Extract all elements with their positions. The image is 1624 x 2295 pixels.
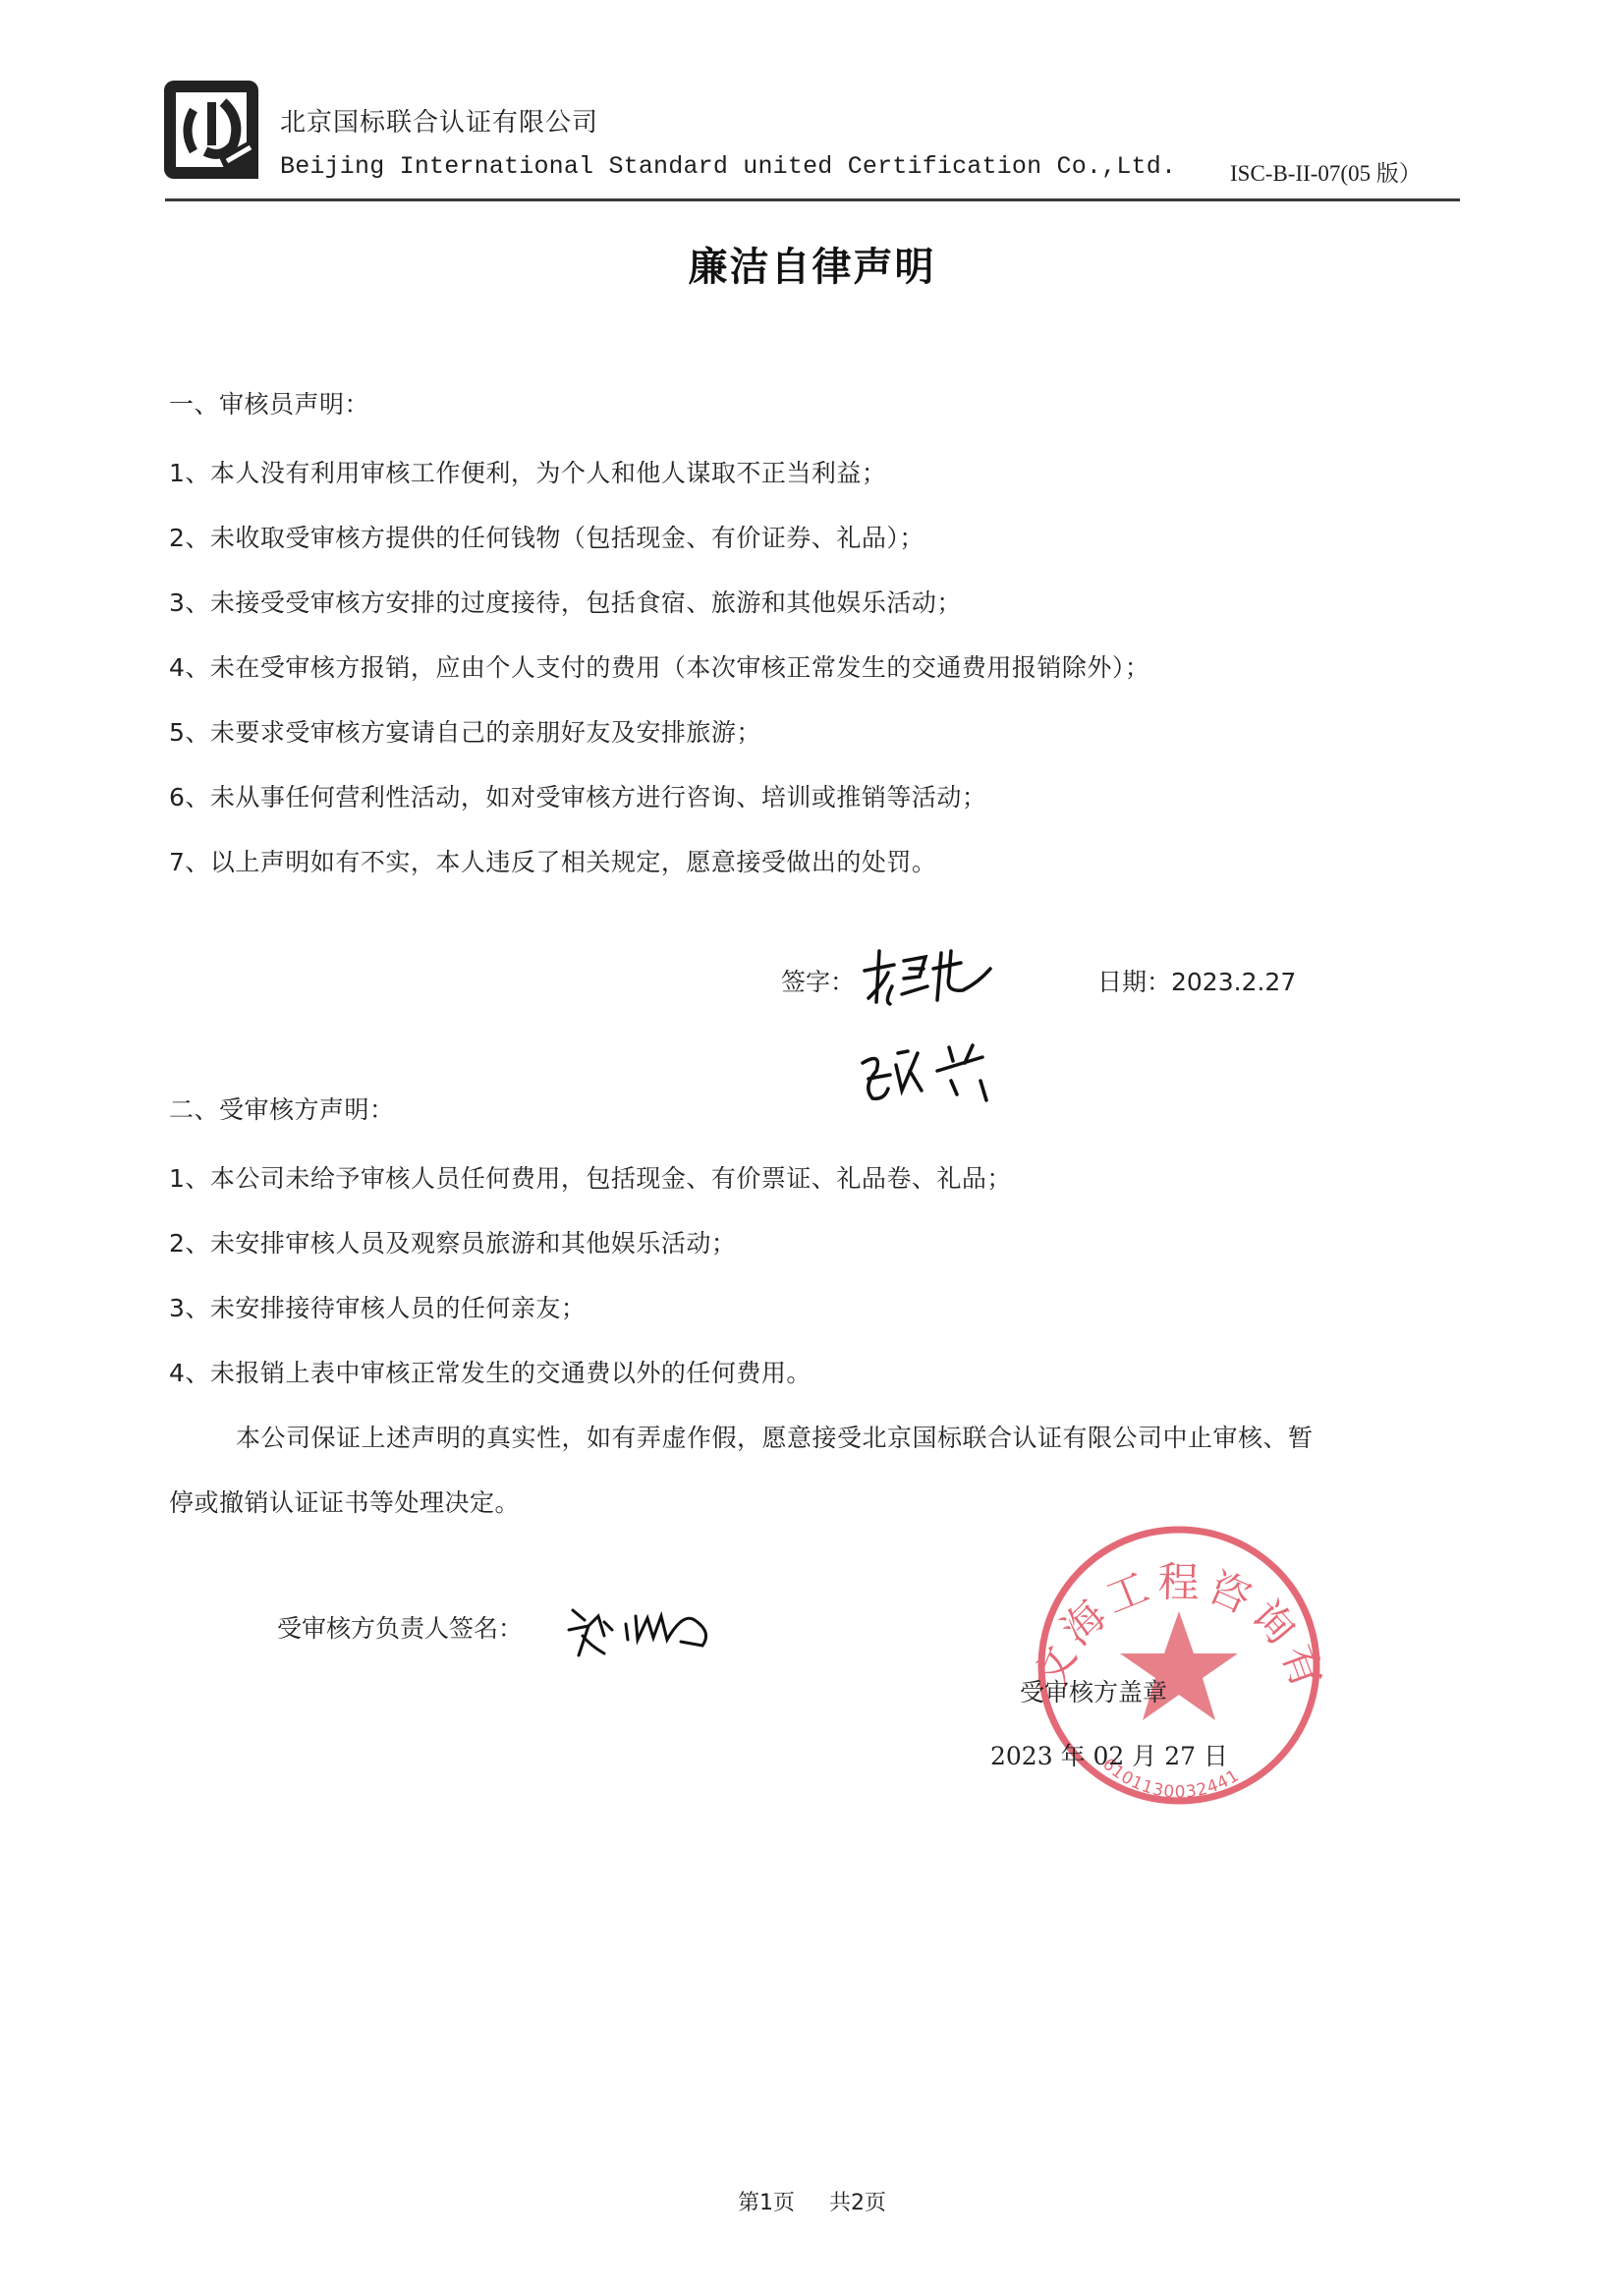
document-title: 廉洁自律声明 bbox=[0, 236, 1624, 292]
section1-item: 6、未从事任何营利性活动，如对受审核方进行咨询、培训或推销等活动； bbox=[169, 778, 986, 813]
handwritten-signature-2 bbox=[855, 1041, 1002, 1110]
section1-item: 1、本人没有利用审核工作便利，为个人和他人谋取不正当利益； bbox=[169, 454, 886, 489]
section1-item: 7、以上声明如有不实，本人违反了相关规定，愿意接受做出的处罚。 bbox=[169, 843, 936, 878]
section1-item: 5、未要求受审核方宴请自己的亲朋好友及安排旅游； bbox=[169, 713, 761, 749]
handwritten-signature-3 bbox=[565, 1596, 732, 1665]
document-code: ISC-B-II-07(05 版） bbox=[1230, 155, 1422, 188]
guarantee-text-line1: 本公司保证上述声明的真实性，如有弄虚作假，愿意接受北京国标联合认证有限公司中止审… bbox=[236, 1419, 1314, 1454]
page-footer: 第1页 共2页 bbox=[0, 2186, 1624, 2216]
guarantee-text-line2: 停或撤销认证证书等处理决定。 bbox=[169, 1483, 520, 1519]
page-total: 共2页 bbox=[829, 2191, 886, 2215]
sign-label: 签字： bbox=[781, 963, 855, 998]
section2-item: 2、未安排审核人员及观察员旅游和其他娱乐活动； bbox=[169, 1224, 736, 1259]
responsible-sign-label: 受审核方负责人签名： bbox=[277, 1609, 523, 1645]
section1-heading: 一、审核员声明： bbox=[169, 385, 369, 420]
page-number: 第1页 bbox=[738, 2191, 795, 2215]
handwritten-signature-1 bbox=[855, 943, 992, 1012]
section2-item: 3、未安排接待审核人员的任何亲友； bbox=[169, 1289, 586, 1324]
section2-heading: 二、受审核方声明： bbox=[169, 1091, 395, 1126]
company-name-cn: 北京国标联合认证有限公司 bbox=[280, 102, 598, 139]
seal-label: 受审核方盖章 bbox=[1020, 1673, 1167, 1708]
section2-item: 1、本公司未给予审核人员任何费用，包括现金、有价票证、礼品卷、礼品； bbox=[169, 1159, 1012, 1195]
section2-item: 4、未报销上表中审核正常发生的交通费以外的任何费用。 bbox=[169, 1354, 812, 1389]
audit-date: 日期：2023.2.27 bbox=[1097, 963, 1296, 998]
seal-date: 2023 年 02 月 27 日 bbox=[990, 1737, 1228, 1772]
company-name-en: Beijing International Standard united Ce… bbox=[280, 152, 1176, 181]
header-divider bbox=[165, 198, 1460, 201]
section1-item: 4、未在受审核方报销，应由个人支付的费用（本次审核正常发生的交通费用报销除外）； bbox=[169, 648, 1149, 684]
company-logo-icon bbox=[160, 77, 262, 185]
section1-item: 3、未接受受审核方安排的过度接待，包括食宿、旅游和其他娱乐活动； bbox=[169, 584, 962, 619]
section1-item: 2、未收取受审核方提供的任何钱物（包括现金、有价证券、礼品）； bbox=[169, 519, 924, 554]
